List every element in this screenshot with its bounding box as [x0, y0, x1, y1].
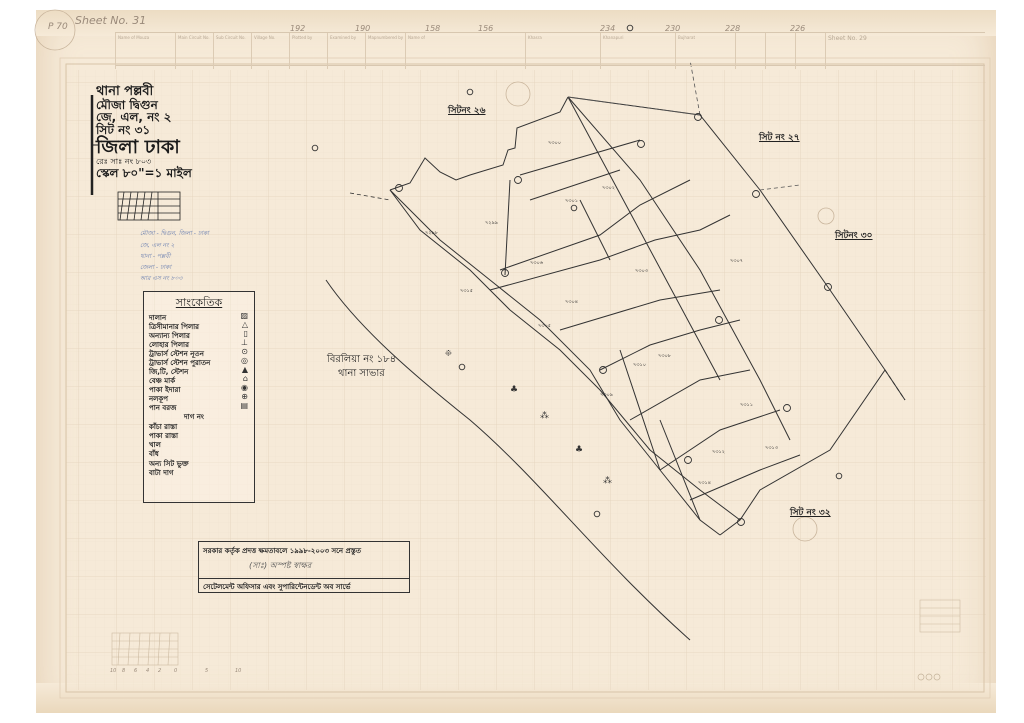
- map-scale: স্কেল ৮০"=১ মাইল: [96, 167, 192, 180]
- title-block: থানা পল্লবী মৌজা দ্বিগুন জে, এল, নং ২ সি…: [96, 85, 192, 179]
- district-name: জিলা ঢাকা: [96, 138, 192, 158]
- sheet-ref-right: Sheet No. 29: [825, 33, 990, 69]
- plot-number: ৭৩০৪: [565, 299, 578, 307]
- scale-tick: 2: [158, 668, 161, 674]
- plot-number: ৭৩১৩: [765, 445, 778, 453]
- sheet-number: সিট নং ৩১: [96, 124, 192, 137]
- thana-name: থানা পল্লবী: [96, 85, 192, 99]
- scale-tick: 6: [134, 668, 137, 674]
- plot-number: ৭৩১০: [633, 362, 646, 370]
- col-plotted: Plotted by: [289, 33, 332, 69]
- page-ref: P 70: [48, 22, 68, 32]
- plot-number: ৭২৯৯: [485, 220, 498, 228]
- plot-number: ৭৩০১: [565, 198, 578, 206]
- legend-item: দাগ নং: [184, 411, 204, 423]
- scale-tick: 8: [122, 668, 125, 674]
- legend-title: সাংকেতিক: [144, 294, 254, 313]
- tri-junction-pillar-icon: △: [242, 320, 248, 329]
- col-main-circuit: Main Circuit No.: [175, 33, 218, 69]
- col-village: Village No.: [251, 33, 294, 69]
- pencil-note: থানা - পল্লবী: [140, 251, 170, 262]
- betel-garden-icon: ▤: [240, 401, 248, 410]
- scale-tick: 0: [174, 668, 177, 674]
- plot-number: ৭২৯৮: [425, 230, 438, 238]
- plot-number: ৭৩১৫: [460, 288, 473, 296]
- hw-number: 156: [478, 24, 493, 33]
- svg-text:፠: ፠: [445, 348, 452, 359]
- plot-number: ৭৩০৭: [730, 258, 743, 266]
- plot-number: ৭৩০৯: [600, 392, 613, 400]
- hw-number: 228: [725, 24, 740, 33]
- plot-number: ৭৩০৮: [658, 353, 671, 361]
- other-pillar-icon: ▯: [244, 329, 248, 338]
- gt-station-icon: ▲: [242, 365, 248, 374]
- sheet-26-label: সিটনং ২৬: [448, 103, 486, 118]
- legend-item: পান বরজ: [149, 402, 176, 414]
- building-icon: ▨: [240, 311, 248, 320]
- svg-text:⁂: ⁂: [603, 475, 612, 486]
- svg-text:♣: ♣: [575, 445, 583, 455]
- scale-tick: 10: [235, 668, 241, 674]
- hw-number: 234: [600, 24, 615, 33]
- plot-number: ৭৩১৪: [698, 480, 711, 488]
- plot-number: ৭৩০৬: [530, 260, 543, 268]
- svg-text:⁂: ⁂: [540, 410, 549, 421]
- hw-number: 158: [425, 24, 440, 33]
- certification-line: সরকার কর্তৃক প্রদত্ত ক্ষমতাবলে ১৯৯৮-২০০৩…: [203, 545, 361, 557]
- sheet-note: Sheet No. 31: [75, 14, 146, 27]
- signature: (সাঃ) অস্পষ্ট স্বাক্ষর: [249, 560, 311, 573]
- pencil-note: জেলা - ঢাকা: [140, 262, 171, 273]
- col-name-of: Name of: [405, 33, 530, 69]
- pucca-well-icon: ◉: [241, 383, 248, 392]
- hw-number: 190: [355, 24, 370, 33]
- col-mouza: Name of Mouza: [115, 33, 180, 69]
- col-khasra: Khasra: [525, 33, 605, 69]
- adjacent-thana-label: থানা সাভার: [338, 366, 385, 383]
- svg-text:♣: ♣: [510, 385, 518, 395]
- register-header: Name of Mouza Main Circuit No. Sub Circu…: [115, 32, 985, 66]
- bench-mark-icon: ⌂: [243, 374, 248, 383]
- officer-title: সেটেলমেন্ট অফিসার এবং সুপারিন্টেনডেন্ট অ…: [199, 578, 409, 595]
- pencil-note: আর এস নং ৮০৩: [140, 273, 182, 284]
- sheet-30-label: সিটনং ৩০: [835, 228, 873, 243]
- plot-number: ৭৩০৫: [538, 323, 551, 331]
- hw-number: 226: [790, 24, 805, 33]
- plot-number: ৭৩০২: [602, 185, 615, 193]
- plot-number: ৭৩১১: [740, 402, 753, 410]
- col-sub-circuit: Sub Circuit No.: [213, 33, 256, 69]
- plot-number: ৭৩১২: [712, 449, 725, 457]
- traverse-new-icon: ⊙: [241, 347, 248, 356]
- pencil-note: মৌজা - দ্বিগুন, জিলা - ঢাকা: [140, 228, 209, 239]
- traverse-old-icon: ◎: [241, 356, 248, 365]
- hw-number: 230: [665, 24, 680, 33]
- legend-item: বাটা দাগ: [149, 467, 174, 479]
- hw-number: 192: [290, 24, 305, 33]
- scale-tick: 4: [146, 668, 149, 674]
- col-khanapuri: Khanapuri: [600, 33, 680, 69]
- scale-tick: 5: [205, 668, 208, 674]
- tubewell-icon: ⊕: [241, 392, 248, 401]
- pencil-note: জে, এল নং ২: [140, 240, 175, 251]
- sheet-32-label: সিট নং ৩২: [790, 505, 831, 520]
- legend-box: সাংকেতিক দালান▨ ত্রিসীমানার পিলার△ অন্যা…: [143, 291, 255, 503]
- certification-box: সরকার কর্তৃক প্রদত্ত ক্ষমতাবলে ১৯৯৮-২০০৩…: [198, 541, 410, 593]
- col-examined: Examined by: [327, 33, 370, 69]
- scale-tick: 10: [110, 668, 116, 674]
- plot-number: ৭৩০০: [548, 140, 561, 148]
- plot-number: ৭৩০৩: [635, 268, 648, 276]
- sheet-27-label: সিট নং ২৭: [759, 130, 800, 145]
- col-mapnumbered: Mapnumbered by: [365, 33, 410, 69]
- col-bujharat: Bujharat: [675, 33, 740, 69]
- jl-number: জে, এল, নং ২: [96, 111, 192, 124]
- iron-pillar-icon: ⊥: [241, 338, 248, 347]
